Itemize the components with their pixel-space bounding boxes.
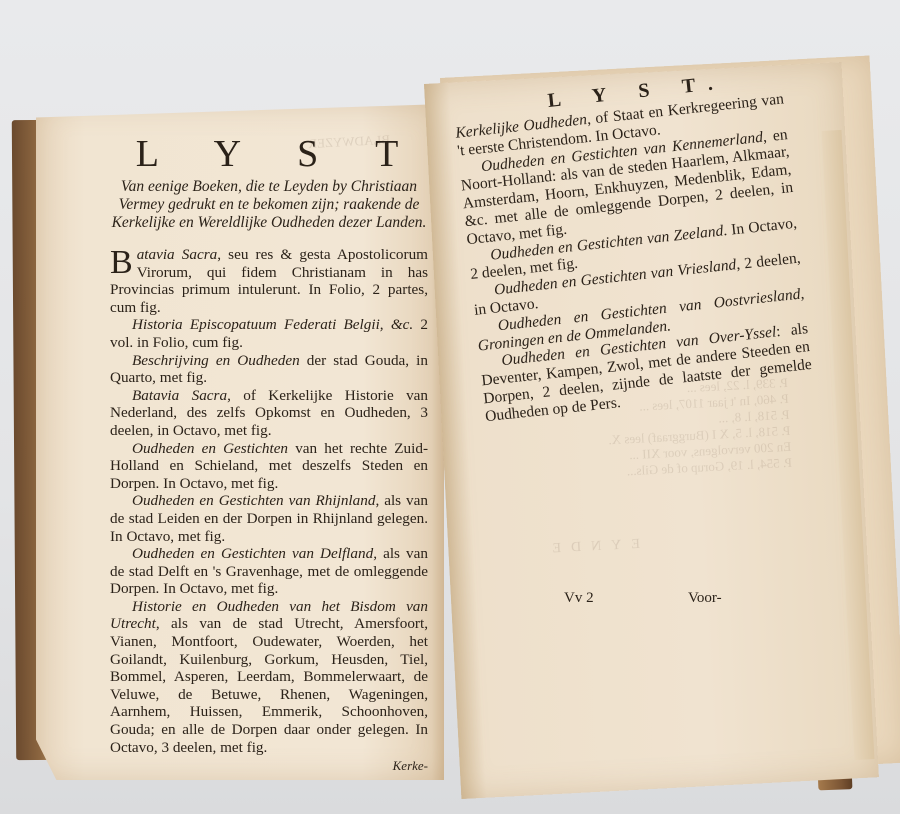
catalogue-entry: Batavia Sacra, of Kerkelijke Historie va… xyxy=(110,387,428,440)
catalogue-entry: Oudheden en Gestichten van het rechte Zu… xyxy=(110,440,428,493)
catalogue-entry: Oudheden en Gestichten van Rhijnland, al… xyxy=(110,492,428,545)
left-page-text: L Y S T Van eenige Boeken, die te Leyden… xyxy=(110,134,428,774)
signature-mark: Vv 2 xyxy=(564,590,594,607)
catalogue-entry: Oudheden en Gestichten van Delfland, als… xyxy=(110,545,428,598)
catalogue-entry: Beschrijving en Oudheden der stad Gouda,… xyxy=(110,352,428,387)
page-subtitle: Van eenige Boeken, die te Leyden by Chri… xyxy=(110,178,428,232)
page-title: L Y S T xyxy=(130,134,428,174)
catchword: Voor- xyxy=(688,590,722,607)
drop-cap: B xyxy=(110,248,133,278)
right-page-text: L Y S T. Kerkelijke Oudheden, of Staat e… xyxy=(452,66,814,426)
catalogue-entry: Batavia Sacra, seu res & gesta Apostolic… xyxy=(110,246,428,316)
catalogue-entry: Historie en Oudheden van het Bisdom van … xyxy=(110,598,428,756)
catchword: Kerke- xyxy=(110,758,428,774)
catalogue-entry: Historia Episcopatuum Federati Belgii, &… xyxy=(110,316,428,351)
